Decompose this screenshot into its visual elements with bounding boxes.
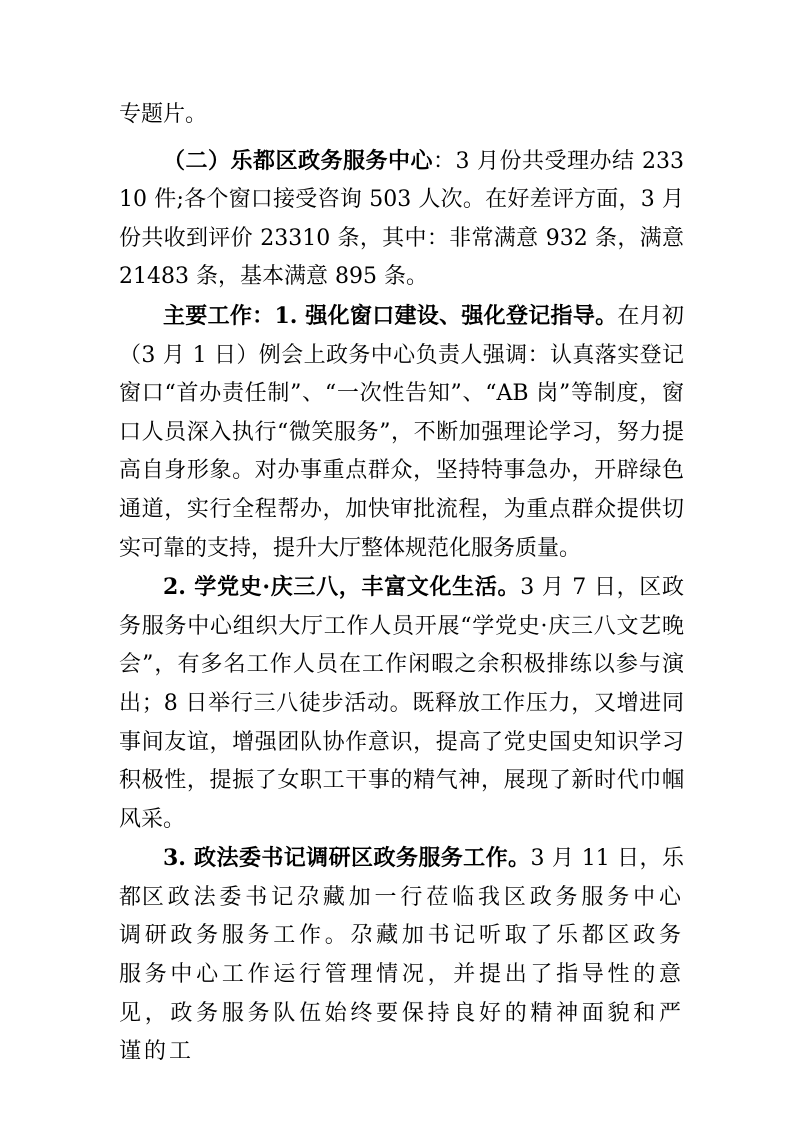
text-segment: 专题片。 (119, 102, 207, 127)
text-segment-bold: 3. 政法委书记调研区政务服务工作。 (163, 845, 530, 871)
text-segment-bold: 主要工作：1. 强化窗口建设、强化登记指导。 (163, 303, 617, 329)
text-segment-bold: 2. 学党史·庆三八，丰富文化生活。 (163, 574, 520, 600)
text-segment: 3 月 7 日，区政务服务中心组织大厅工作人员开展“学党史·庆三八文艺晚会”，有… (119, 575, 684, 832)
text-segment: 在月初（3 月 1 日）例会上政务中心负责人强调：认真落实登记窗口“首办责任制”… (119, 304, 684, 561)
document-page: 专题片。（二）乐都区政务服务中心：3 月份共受理办结 23310 件;各个窗口接… (0, 0, 793, 1122)
text-segment-bold: （二）乐都区政务服务中心 (163, 148, 433, 174)
document-body: 专题片。（二）乐都区政务服务中心：3 月份共受理办结 23310 件;各个窗口接… (119, 96, 684, 1072)
paragraph: 专题片。 (119, 96, 684, 135)
paragraph: 2. 学党史·庆三八，丰富文化生活。3 月 7 日，区政务服务中心组织大厅工作人… (119, 568, 684, 839)
paragraph: （二）乐都区政务服务中心：3 月份共受理办结 23310 件;各个窗口接受咨询 … (119, 142, 684, 297)
text-segment: 区政法委书记尕藏加一行莅临我区政务服务中心调研政务服务工作。尕藏加书记听取了乐都… (119, 885, 684, 1064)
paragraph: 主要工作：1. 强化窗口建设、强化登记指导。在月初（3 月 1 日）例会上政务中… (119, 297, 684, 568)
paragraph: 3. 政法委书记调研区政务服务工作。3 月 11 日，乐都区政法委书记尕藏加一行… (119, 839, 684, 1072)
